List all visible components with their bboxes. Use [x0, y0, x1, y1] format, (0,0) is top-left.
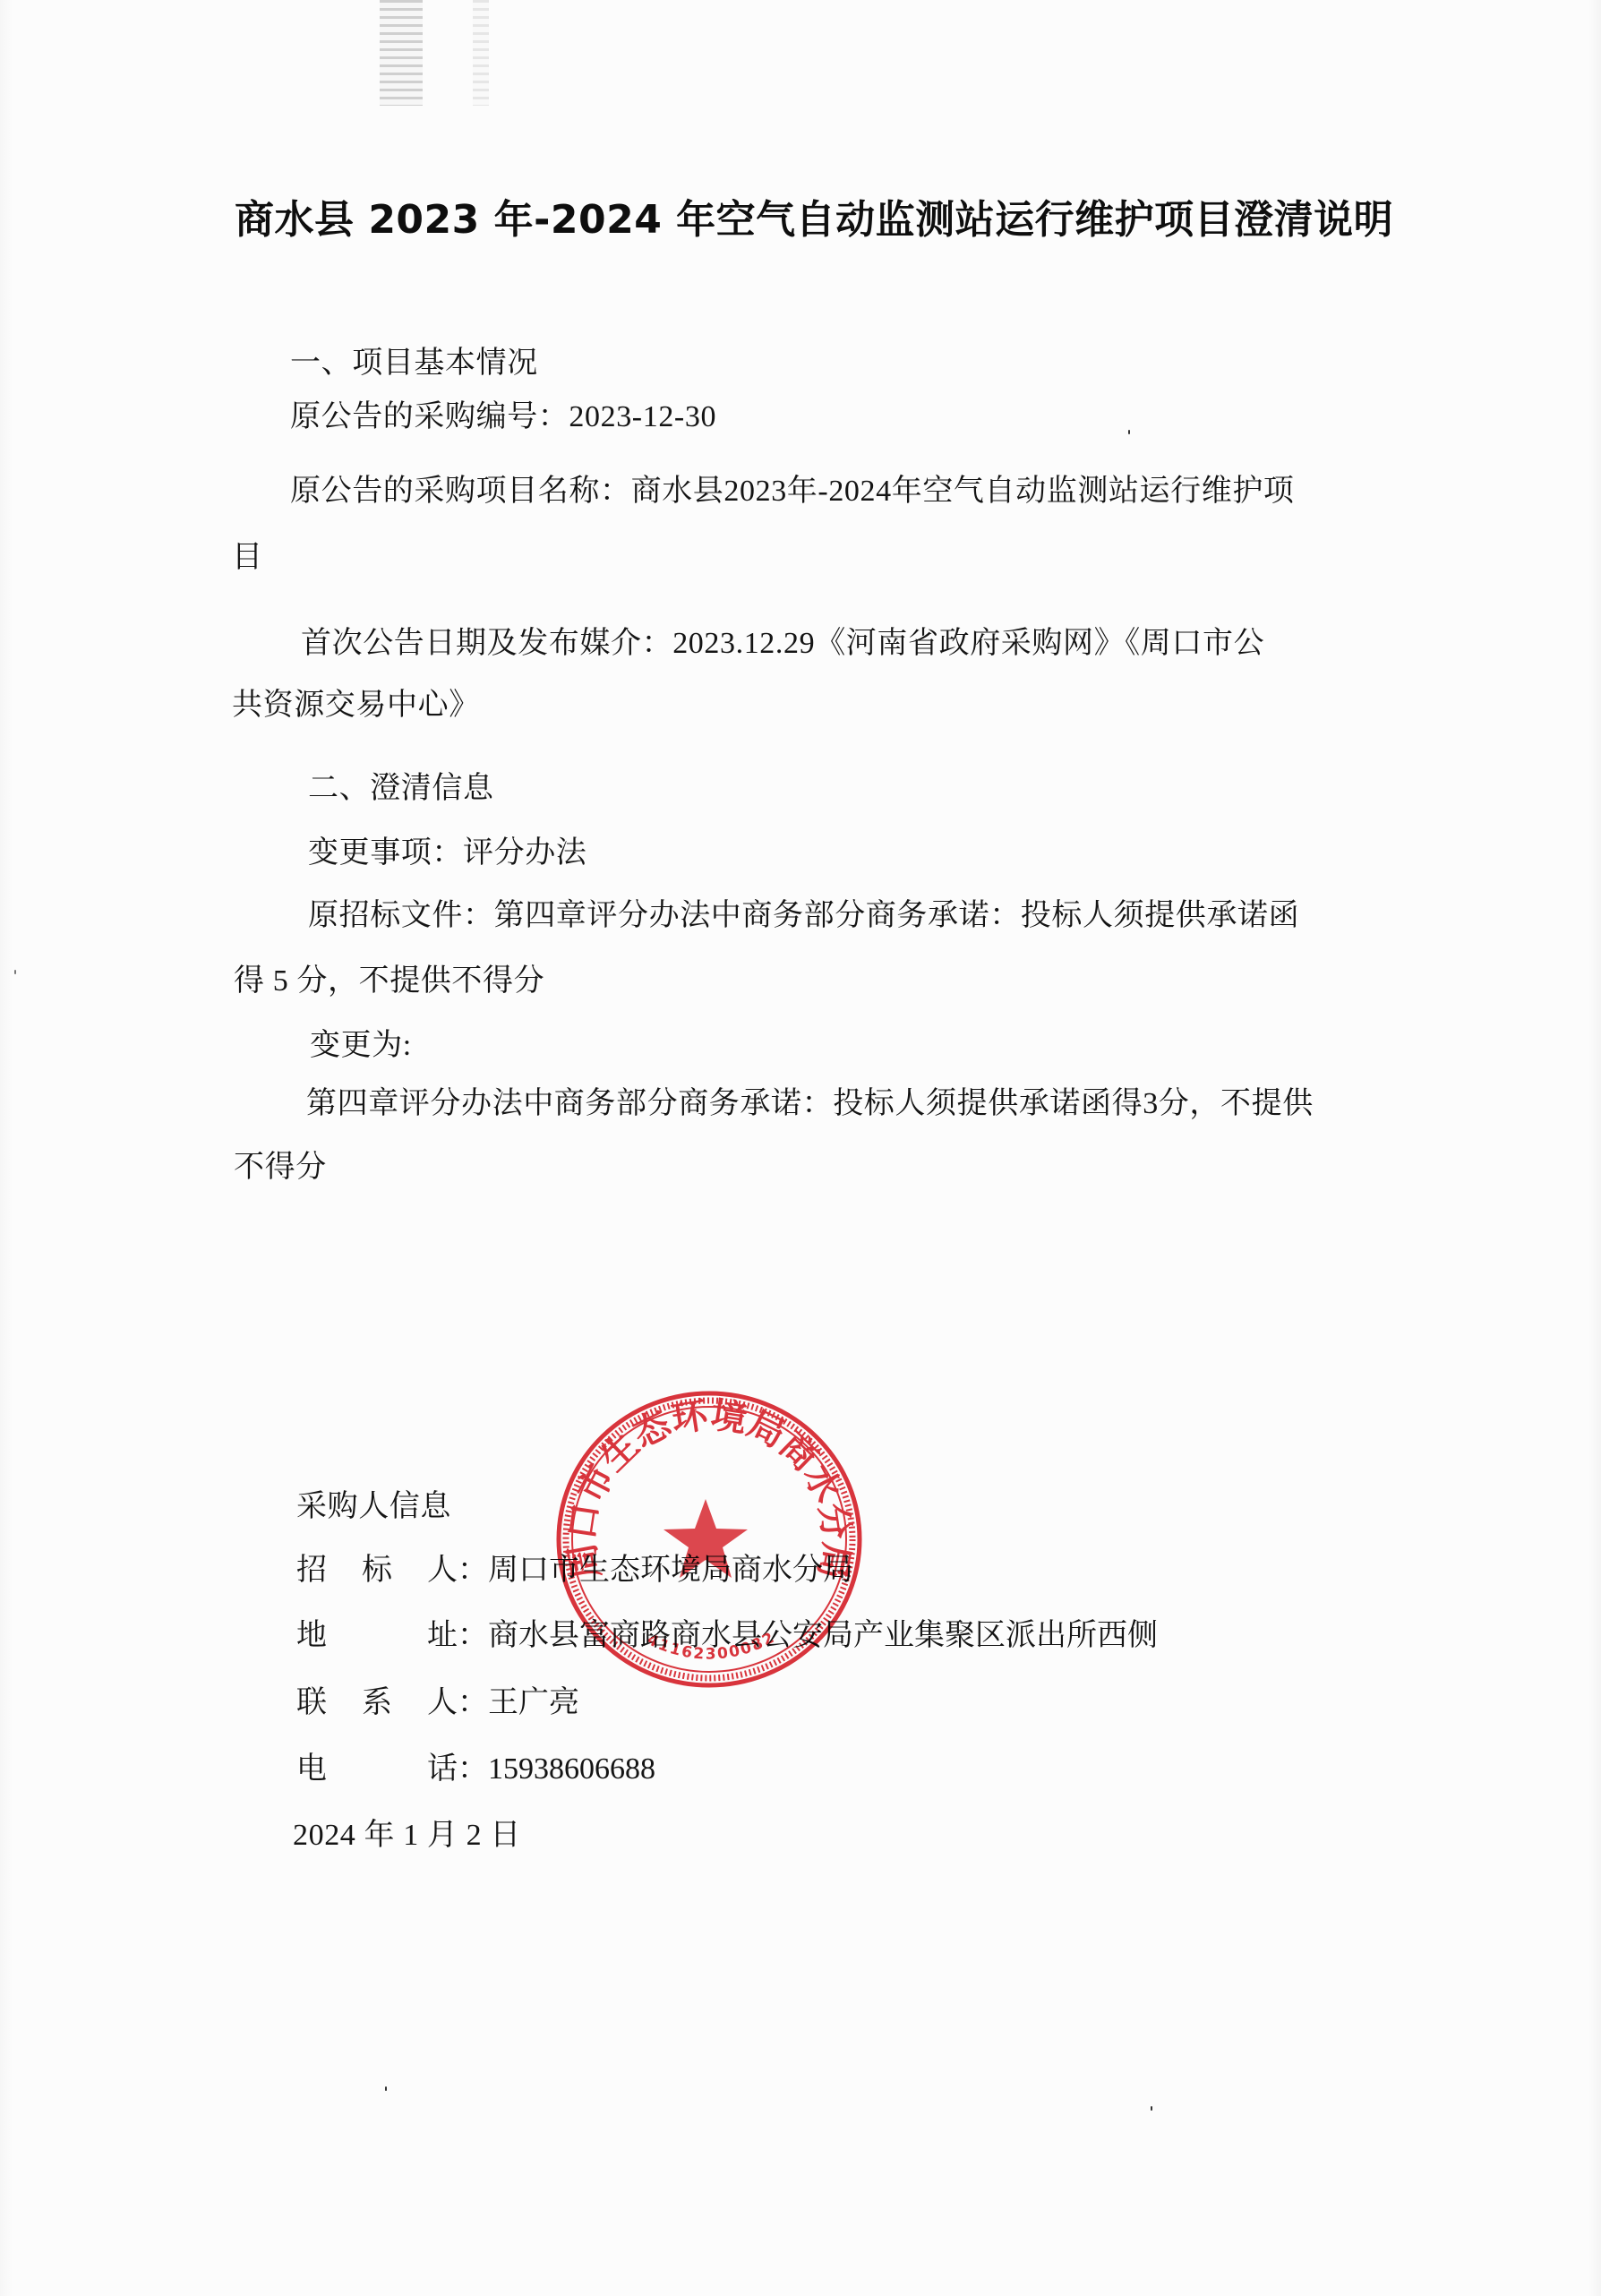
dust-speck: [14, 970, 16, 974]
field-label: 招 标 人: [296, 1552, 458, 1589]
project-name-line2: 目: [232, 539, 263, 577]
new-clause-line1: 第四章评分办法中商务部分商务承诺：投标人须提供承诺函得3分，不提供: [306, 1085, 1314, 1123]
first-notice-line1: 首次公告日期及发布媒介：2023.12.29《河南省政府采购网》《周口市公: [301, 625, 1264, 663]
colon: ：: [458, 1552, 488, 1589]
scanned-page: 商水县 2023 年-2024 年空气自动监测站运行维护项目澄清说明 一、项目基…: [0, 0, 1601, 2296]
change-item-line: 变更事项：评分办法: [308, 835, 586, 872]
purchaser-field-bidder: 招 标 人 ：周口市生态环境局商水分局: [296, 1552, 853, 1589]
address-value: 商水县富商路商水县公安局产业集聚区派出所西侧: [488, 1617, 1158, 1655]
purchaser-heading: 采购人信息: [296, 1488, 451, 1526]
dust-speck: [1128, 430, 1130, 434]
scanner-smudge: [380, 0, 423, 106]
contact-value: 王广亮: [488, 1684, 579, 1722]
field-label: 电 话: [296, 1751, 458, 1788]
field-label: 地 址: [296, 1617, 458, 1655]
project-name-line1: 原公告的采购项目名称：商水县2023年-2024年空气自动监测站运行维护项: [290, 473, 1295, 510]
original-clause-line2: 得 5 分，不提供不得分: [234, 963, 544, 1000]
colon: ：: [458, 1617, 488, 1655]
changed-to-label: 变更为:: [310, 1027, 412, 1065]
section2-heading: 二、澄清信息: [308, 770, 494, 808]
procurement-number-value: 2023-12-30: [569, 400, 716, 433]
dust-speck: [1151, 2106, 1152, 2111]
first-notice-line2: 共资源交易中心》: [232, 687, 480, 724]
procurement-number-line: 原公告的采购编号：2023-12-30: [290, 398, 716, 436]
section1-heading: 一、项目基本情况: [290, 345, 538, 382]
document-title: 商水县 2023 年-2024 年空气自动监测站运行维护项目澄清说明: [235, 195, 1354, 245]
dust-speck: [385, 2086, 387, 2091]
scanner-smudge: [473, 0, 489, 106]
original-clause-line1: 原招标文件：第四章评分办法中商务部分商务承诺：投标人须提供承诺函: [308, 897, 1299, 935]
new-clause-line2: 不得分: [234, 1149, 327, 1187]
colon: ：: [458, 1751, 488, 1788]
purchaser-field-phone: 电 话 ：15938606688: [296, 1751, 655, 1788]
purchaser-field-address: 地 址 ：商水县富商路商水县公安局产业集聚区派出所西侧: [296, 1617, 1158, 1655]
procurement-number-label: 原公告的采购编号：: [290, 400, 569, 433]
bidder-value: 周口市生态环境局商水分局: [488, 1552, 853, 1589]
phone-value: 15938606688: [488, 1751, 655, 1788]
purchaser-field-contact: 联 系 人 ：王广亮: [296, 1684, 579, 1722]
colon: ：: [458, 1684, 488, 1722]
document-date: 2024 年 1 月 2 日: [293, 1817, 521, 1855]
field-label: 联 系 人: [296, 1684, 458, 1722]
